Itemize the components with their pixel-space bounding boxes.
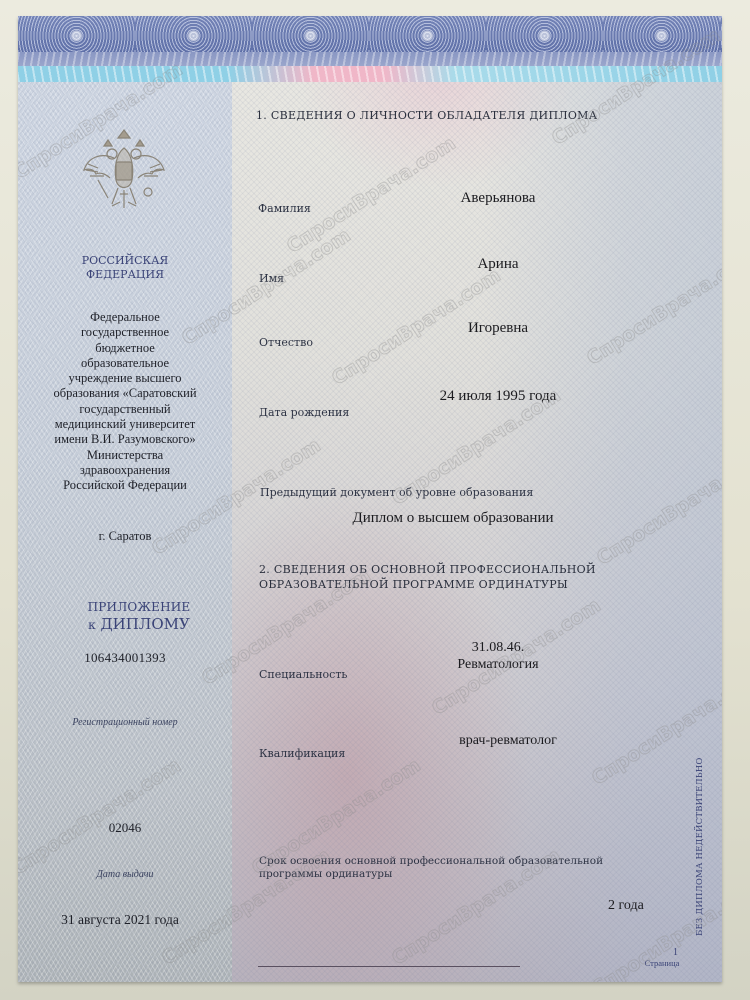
duration-label: Срок освоения основной профессиональной … <box>259 855 603 881</box>
specialty-name: Ревматология <box>398 656 598 673</box>
institution-line: здравоохранения <box>28 463 222 478</box>
validity-note: БЕЗ ДИПЛОМА НЕДЕЙСТВИТЕЛЬНО <box>695 757 705 936</box>
section-2-heading: 2. СВЕДЕНИЯ ОБ ОСНОВНОЙ ПРОФЕССИОНАЛЬНОЙ… <box>259 562 596 592</box>
country-name: РОССИЙСКАЯ ФЕДЕРАЦИЯ <box>38 254 212 282</box>
issue-date-caption: Дата выдачи <box>38 869 212 880</box>
appendix-title-line-1: ПРИЛОЖЕНИЕ <box>52 600 226 614</box>
section-2-heading-line-2: ОБРАЗОВАТЕЛЬНОЙ ПРОГРАММЕ ОРДИНАТУРЫ <box>259 577 596 592</box>
registration-number-caption: Регистрационный номер <box>38 717 212 728</box>
previous-document-label: Предыдущий документ об уровне образовани… <box>260 486 533 499</box>
appendix-word: ДИПЛОМУ <box>100 615 189 633</box>
specialty-code: 31.08.46. <box>398 639 598 656</box>
specialty-value: 31.08.46. Ревматология <box>398 639 598 673</box>
institution-line: образовательное <box>28 356 222 371</box>
institution-line: государственное <box>28 325 222 340</box>
institution-name: Федеральноегосударственноебюджетноеобраз… <box>28 310 222 494</box>
name-value: Арина <box>398 256 598 273</box>
institution-line: учреждение высшего <box>28 371 222 386</box>
institution-line: Федеральное <box>28 310 222 325</box>
right-tint <box>482 16 722 982</box>
institution-line: образования «Саратовский <box>28 386 222 401</box>
duration-value: 2 года <box>608 898 678 914</box>
city: г. Саратов <box>38 529 212 544</box>
name-label: Имя <box>259 272 284 285</box>
page-indicator: 1 Страница <box>632 947 692 968</box>
patronymic-label: Отчество <box>259 336 313 349</box>
patronymic-value: Игоревна <box>398 320 598 337</box>
guilloche-band-mid <box>18 52 722 66</box>
guilloche-band <box>18 16 722 82</box>
institution-line: бюджетное <box>28 341 222 356</box>
surname-value: Аверьянова <box>398 190 598 207</box>
form-number: 106434001393 <box>38 650 212 666</box>
institution-line: Российской Федерации <box>28 478 222 493</box>
page-label: Страница <box>632 958 692 968</box>
signature-line <box>258 966 520 967</box>
qualification-value: врач-ревматолог <box>418 733 598 749</box>
duration-label-line-2: программы ординатуры <box>259 868 603 881</box>
previous-document-value: Диплом о высшем образовании <box>328 510 578 527</box>
registration-number: 02046 <box>38 820 212 836</box>
duration-label-line-1: Срок освоения основной профессиональной … <box>259 855 603 868</box>
specialty-label: Специальность <box>259 668 347 681</box>
page-number: 1 <box>632 947 692 958</box>
surname-label: Фамилия <box>258 202 311 215</box>
country-line-2: ФЕДЕРАЦИЯ <box>38 268 212 282</box>
institution-line: Министерства <box>28 448 222 463</box>
section-1-heading: 1. СВЕДЕНИЯ О ЛИЧНОСТИ ОБЛАДАТЕЛЯ ДИПЛОМ… <box>256 108 597 123</box>
birth-date-label: Дата рождения <box>259 406 349 419</box>
country-line-1: РОССИЙСКАЯ <box>38 254 212 268</box>
institution-line: государственный <box>28 402 222 417</box>
issue-date: 31 августа 2021 года <box>28 912 212 928</box>
russian-coat-of-arms-icon <box>76 124 172 220</box>
institution-line: имени В.И. Разумовского» <box>28 432 222 447</box>
birth-date-value: 24 июля 1995 года <box>398 388 598 405</box>
appendix-title: ПРИЛОЖЕНИЕ к ДИПЛОМУ <box>52 600 226 633</box>
appendix-prefix: к <box>88 618 96 632</box>
guilloche-band-dark <box>18 16 722 52</box>
qualification-label: Квалификация <box>259 747 345 760</box>
guilloche-band-tricolor <box>18 66 722 82</box>
appendix-title-line-2: к ДИПЛОМУ <box>52 615 226 633</box>
diploma-appendix-page: РОССИЙСКАЯ ФЕДЕРАЦИЯ Федеральноегосударс… <box>18 16 722 982</box>
section-2-heading-line-1: 2. СВЕДЕНИЯ ОБ ОСНОВНОЙ ПРОФЕССИОНАЛЬНОЙ <box>259 562 596 577</box>
institution-line: медицинский университет <box>28 417 222 432</box>
